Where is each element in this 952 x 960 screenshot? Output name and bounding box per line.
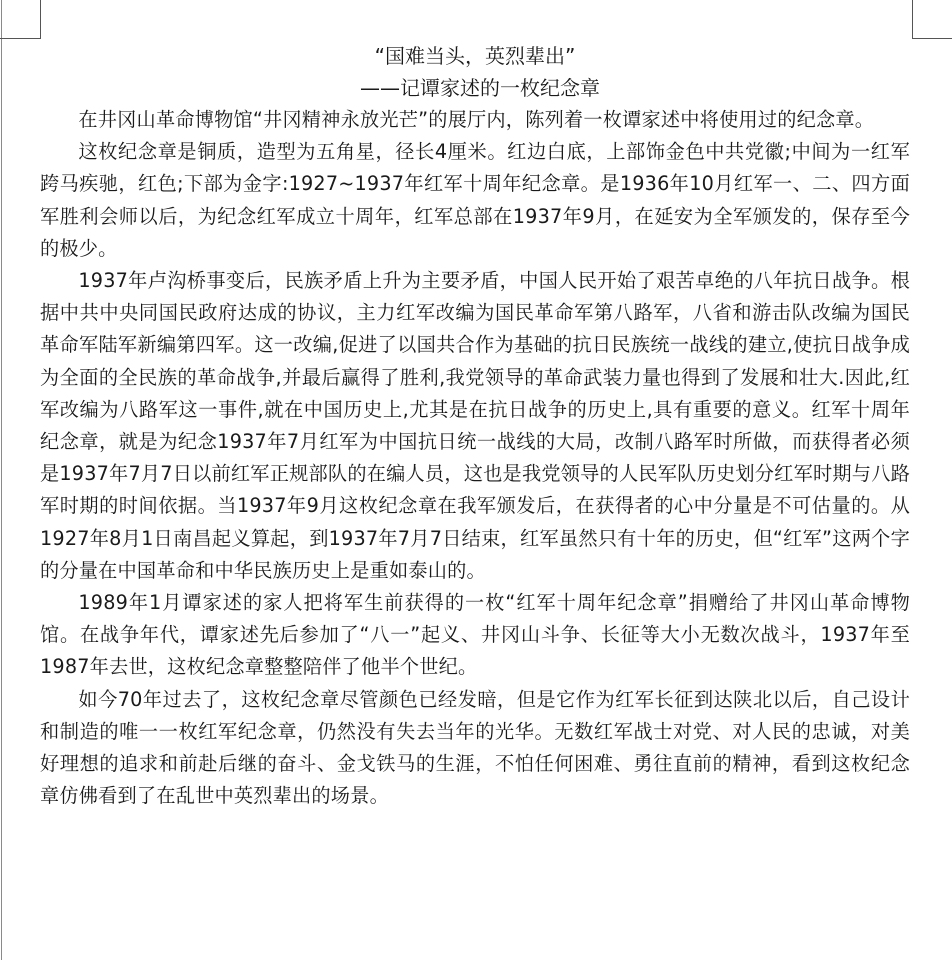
- paragraph-3: 1937年卢沟桥事变后，民族矛盾上升为主要矛盾，中国人民开始了艰苦卓绝的八年抗日…: [40, 265, 910, 587]
- crop-mark-top-right: [912, 0, 913, 38]
- paragraph-2: 这枚纪念章是铜质，造型为五角星，径长4厘米。红边白底，上部饰金色中共党徽;中间为…: [40, 136, 910, 265]
- crop-mark-top-right-horizontal: [912, 38, 952, 39]
- paragraph-1: 在井冈山革命博物馆“井冈精神永放光芒”的展厅内，陈列着一枚谭家述中将使用过的纪念…: [40, 104, 910, 136]
- page-left-border: [1, 0, 2, 960]
- paragraph-4: 1989年1月谭家述的家人把将军生前获得的一枚“红军十周年纪念章”捐赠给了井冈山…: [40, 587, 910, 684]
- document-body: “国难当头，英烈辈出” ——记谭家述的一枚纪念章 在井冈山革命博物馆“井冈精神永…: [40, 40, 910, 812]
- crop-mark-top-left-horizontal: [0, 38, 41, 39]
- crop-mark-top-left: [40, 0, 41, 38]
- document-title: “国难当头，英烈辈出”: [40, 40, 910, 72]
- paragraph-5: 如今70年过去了，这枚纪念章尽管颜色已经发暗，但是它作为红军长征到达陕北以后，自…: [40, 684, 910, 813]
- document-subtitle: ——记谭家述的一枚纪念章: [40, 72, 910, 104]
